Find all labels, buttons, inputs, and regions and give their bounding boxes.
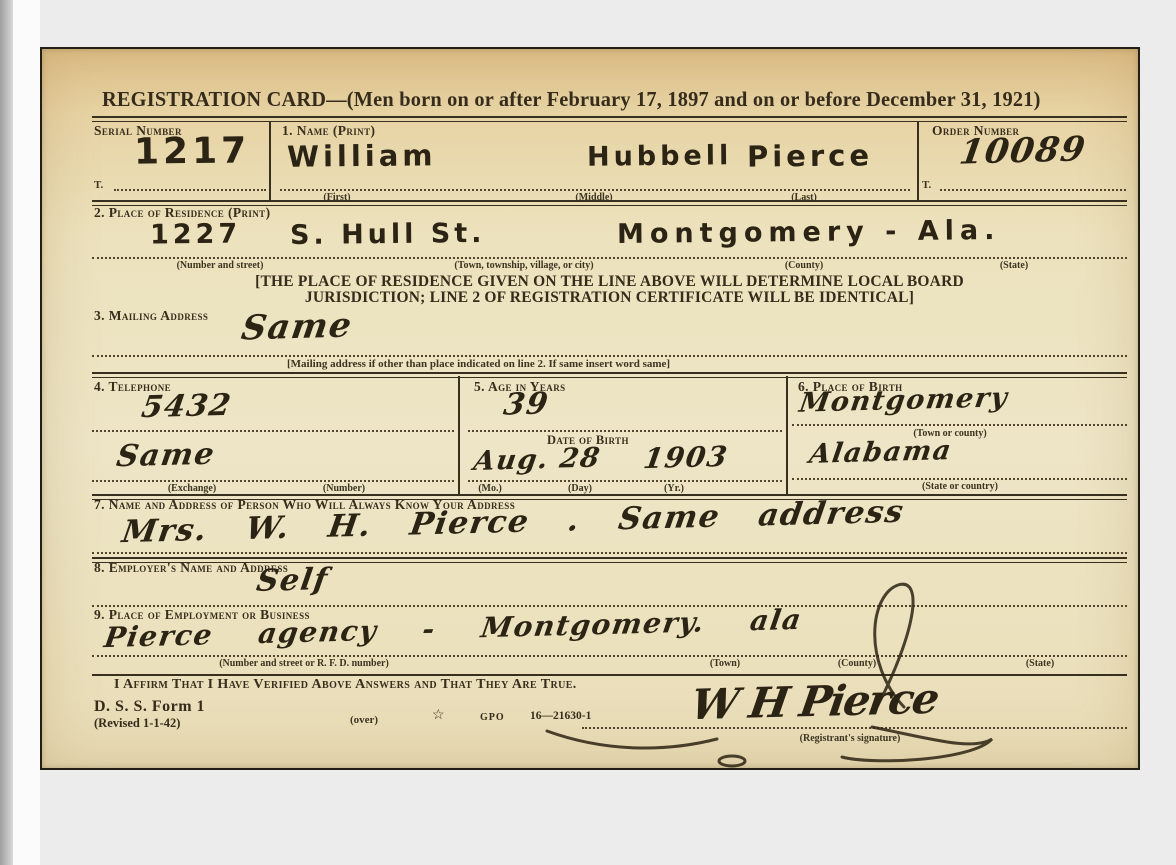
mailing-label: 3. Mailing Address	[94, 308, 208, 324]
card-title: REGISTRATION CARD—(Men born on or after …	[102, 87, 1041, 112]
over-note: (over)	[350, 714, 378, 726]
scan-viewer-background: REGISTRATION CARD—(Men born on or after …	[0, 0, 1176, 865]
age-line	[468, 430, 782, 432]
birthplace-state-line	[792, 478, 1127, 480]
contact-line	[92, 552, 1127, 554]
gpo-mark: GPO	[480, 712, 505, 723]
row9-rule	[92, 674, 1127, 676]
order-number-value: 10089	[957, 129, 1089, 172]
employment-line	[92, 655, 1127, 657]
divider-name-order	[917, 122, 919, 201]
mailing-line	[92, 355, 1127, 357]
employment-town-sublabel: (Town)	[710, 658, 740, 669]
employment-state-sublabel: (State)	[1026, 658, 1054, 669]
order-prefix: T.	[922, 179, 931, 191]
residence-town-sublabel: (Town, township, village, or city)	[454, 260, 593, 271]
jurisdiction-notice-line2: JURISDICTION; LINE 2 OF REGISTRATION CER…	[92, 289, 1127, 307]
residence-city-value: Montgomery - Ala.	[617, 215, 1001, 250]
dob-line	[468, 480, 782, 482]
dob-year-sublabel: (Yr.)	[664, 483, 684, 494]
telephone-exchange-sublabel: (Exchange)	[168, 483, 216, 494]
employment-street-sublabel: (Number and street or R. F. D. number)	[219, 658, 389, 669]
residence-county-sublabel: (County)	[785, 260, 823, 271]
name-label: 1. Name (Print)	[282, 123, 375, 139]
star-icon: ☆	[432, 707, 445, 724]
residence-number-value: 1227	[150, 219, 241, 251]
form-name: D. S. S. Form 1	[94, 698, 205, 716]
row3-rule	[92, 372, 1127, 378]
page-left-margin	[13, 0, 40, 865]
dob-month-value: Aug.	[472, 444, 552, 477]
birthplace-town-line	[792, 424, 1127, 426]
order-line	[940, 189, 1126, 191]
telephone-number-value: 5432	[139, 388, 234, 425]
telephone-line1	[92, 430, 454, 432]
registration-card: REGISTRATION CARD—(Men born on or after …	[40, 47, 1140, 770]
telephone-number-sublabel: (Number)	[323, 483, 365, 494]
serial-line	[114, 189, 266, 191]
dob-day-sublabel: (Day)	[568, 483, 592, 494]
birthplace-state-sublabel: (State or country)	[922, 481, 998, 492]
employer-value: Self	[254, 562, 331, 599]
name-first-value: William	[287, 138, 437, 174]
form-revision: (Revised 1-1-42)	[94, 716, 180, 731]
name-last-value: Pierce	[747, 138, 873, 173]
title-rule	[92, 116, 1127, 122]
divider-age-birth	[786, 376, 788, 494]
dob-month-sublabel: (Mo.)	[478, 483, 502, 494]
serial-prefix: T.	[94, 179, 103, 191]
serial-number-value: 1217	[134, 130, 251, 172]
residence-number-sublabel: (Number and street)	[177, 260, 264, 271]
age-value: 39	[501, 386, 551, 422]
telephone-line2	[92, 480, 454, 482]
divider-telephone-age	[458, 376, 460, 494]
mailing-note: [Mailing address if other than place ind…	[287, 358, 670, 370]
birthplace-state-value: Alabama	[807, 435, 954, 470]
name-line	[280, 189, 910, 191]
telephone-exchange-value: Same	[114, 437, 218, 475]
birthplace-town-value: Montgomery	[797, 382, 1010, 418]
dob-day-value: 28	[558, 442, 603, 474]
signature-flourish	[542, 709, 1002, 769]
card-content: REGISTRATION CARD—(Men born on or after …	[92, 49, 1127, 772]
page-left-edge-shadow	[0, 0, 13, 865]
residence-street-value: S. Hull St.	[290, 218, 486, 251]
residence-state-sublabel: (State)	[1000, 260, 1028, 271]
ink-loop-flourish	[832, 577, 942, 712]
residence-line	[92, 257, 1127, 259]
divider-serial-name	[269, 122, 271, 201]
name-middle-value: Hubbell	[587, 140, 733, 173]
affirmation-statement: I Affirm That I Have Verified Above Answ…	[114, 677, 577, 693]
dob-year-value: 1903	[641, 440, 730, 475]
mailing-value: Same	[239, 306, 356, 349]
